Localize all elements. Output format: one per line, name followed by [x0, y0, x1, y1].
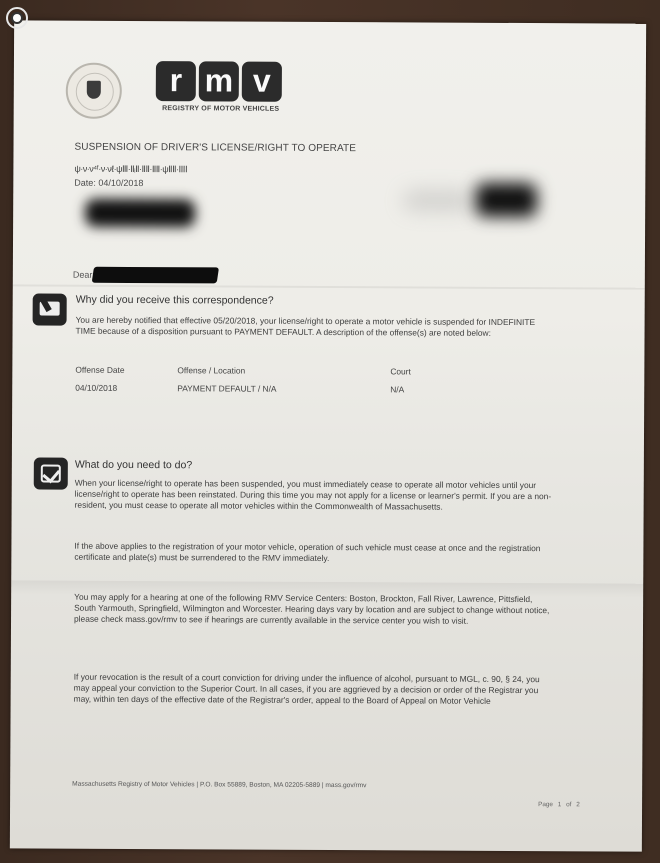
redacted-recipient-name [85, 199, 195, 228]
footer-address: Massachusetts Registry of Motor Vehicles… [72, 781, 366, 790]
section-heading-why: Why did you receive this correspondence? [76, 294, 274, 307]
logo-letter: r [156, 61, 196, 101]
offense-location-cell: PAYMENT DEFAULT / N/A [177, 383, 276, 394]
postal-barcode: ψ·ν·ν⁴ᶠ·ν·νℓ·ψⅢ·ⅡᵢⅡ·ⅡⅡ·ⅡⅡ·ψⅡⅡ·ⅠⅠⅠⅠ [74, 164, 187, 176]
rmv-logo: r m v REGISTRY OF MOTOR VEHICLES [156, 61, 286, 113]
instructions-paragraph-1: When your license/right to operate has b… [75, 478, 553, 514]
instructions-paragraph-4: If your revocation is the result of a co… [74, 672, 552, 708]
suspension-notice-text: You are hereby notified that effective 0… [76, 315, 554, 340]
column-header-court: Court [390, 366, 411, 376]
salutation: Dear [73, 270, 93, 280]
logo-letter: m [199, 61, 239, 101]
document-title: SUSPENSION OF DRIVER'S LICENSE/RIGHT TO … [74, 142, 356, 154]
paper-fold [13, 284, 645, 289]
court-cell: N/A [390, 384, 404, 394]
instructions-paragraph-2: If the above applies to the registration… [74, 541, 552, 566]
massachusetts-seal-icon [66, 63, 122, 119]
section-heading-what-to-do: What do you need to do? [75, 459, 192, 472]
document-hand-icon [33, 293, 67, 325]
logo-subtitle: REGISTRY OF MOTOR VEHICLES [156, 105, 286, 113]
column-header-offense-date: Offense Date [75, 365, 124, 375]
checkbox-checked-icon [34, 457, 68, 489]
camera-shutter-icon [6, 7, 28, 29]
instructions-paragraph-3: You may apply for a hearing at one of th… [74, 592, 552, 628]
rmv-suspension-letter: r m v REGISTRY OF MOTOR VEHICLES SUSPENS… [10, 20, 646, 851]
redacted-license-number [475, 183, 537, 217]
letter-date: Date: 04/10/2018 [74, 178, 143, 188]
page-number: Page 1 of 2 [538, 801, 580, 808]
column-header-offense-location: Offense / Location [177, 365, 245, 375]
logo-letter: v [242, 62, 282, 102]
offense-date-cell: 04/10/2018 [75, 383, 117, 393]
redacted-salutation-name [92, 267, 219, 284]
redacted-field [403, 190, 473, 210]
